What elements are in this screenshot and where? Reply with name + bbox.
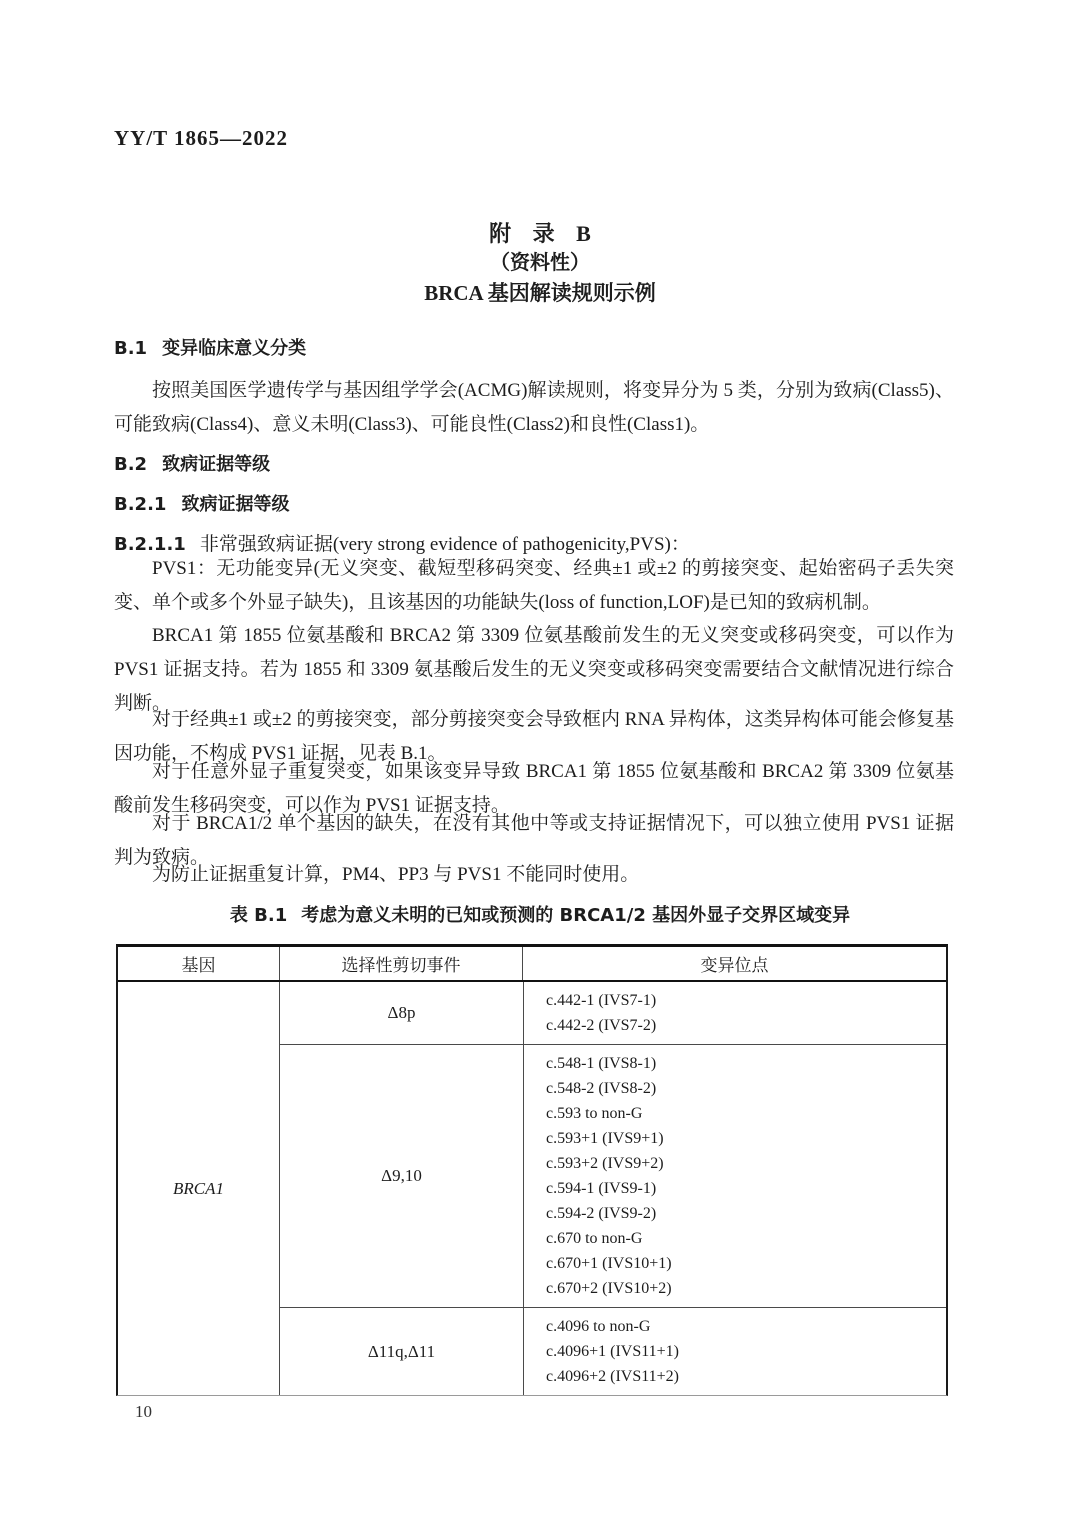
paragraph-pvs1-definition: PVS1：无功能变异(无义突变、截短型移码突变、经典±1 或±2 的剪接突变、起… [114, 552, 954, 620]
heading-b1-number: B.1 [114, 338, 147, 359]
sites-cell: c.4096 to non-G c.4096+1 (IVS11+1) c.409… [524, 1308, 946, 1395]
variant-site: c.442-1 (IVS7-1) [546, 988, 936, 1013]
variant-site: c.594-2 (IVS9-2) [546, 1201, 936, 1226]
appendix-type: （资料性） [0, 249, 1080, 278]
heading-b21: B.2.1 致病证据等级 [114, 490, 289, 516]
variant-site: c.670 to non-G [546, 1226, 936, 1251]
variant-site: c.593 to non-G [546, 1101, 936, 1126]
heading-b21-title: 致病证据等级 [181, 490, 289, 516]
appendix-title-block: 附 录 B （资料性） BRCA 基因解读规则示例 [0, 219, 1080, 308]
sites-cell: c.548-1 (IVS8-1) c.548-2 (IVS8-2) c.593 … [524, 1045, 946, 1307]
heading-b2-number: B.2 [114, 454, 147, 475]
paragraph-b1-intro: 按照美国医学遗传学与基因组学学会(ACMG)解读规则，将变异分为 5 类，分别为… [114, 374, 954, 442]
variant-site: c.442-2 (IVS7-2) [546, 1013, 936, 1038]
heading-b2: B.2 致病证据等级 [114, 450, 270, 476]
table-b1-header-row: 基因 选择性剪切事件 变异位点 [118, 947, 946, 982]
table-row: Δ11q,Δ11 c.4096 to non-G c.4096+1 (IVS11… [280, 1307, 946, 1395]
event-cell: Δ11q,Δ11 [280, 1308, 524, 1395]
event-cell: Δ9,10 [280, 1045, 524, 1307]
table-row: Δ8p c.442-1 (IVS7-1) c.442-2 (IVS7-2) [280, 982, 946, 1044]
appendix-subject: BRCA 基因解读规则示例 [0, 278, 1080, 308]
heading-b1-title: 变异临床意义分类 [162, 334, 306, 360]
variant-site: c.4096+1 (IVS11+1) [546, 1339, 936, 1364]
variant-site: c.4096+2 (IVS11+2) [546, 1364, 936, 1389]
sites-cell: c.442-1 (IVS7-1) c.442-2 (IVS7-2) [524, 982, 946, 1044]
variant-site: c.548-1 (IVS8-1) [546, 1051, 936, 1076]
table-b1-caption-label: 表 B.1 [230, 905, 287, 926]
gene-cell-brca1: BRCA1 [118, 982, 279, 1395]
event-rows: Δ8p c.442-1 (IVS7-1) c.442-2 (IVS7-2) Δ9… [279, 982, 946, 1395]
column-header-splicing-event: 选择性剪切事件 [279, 947, 523, 980]
column-header-variant-site: 变异位点 [523, 947, 946, 980]
standard-number: YY/T 1865—2022 [114, 126, 288, 151]
document-page: YY/T 1865—2022 附 录 B （资料性） BRCA 基因解读规则示例… [0, 0, 1080, 1526]
page-number: 10 [135, 1402, 152, 1422]
paragraph-no-double-counting: 为防止证据重复计算，PM4、PP3 与 PVS1 不能同时使用。 [114, 858, 954, 892]
variant-site: c.593+1 (IVS9+1) [546, 1126, 936, 1151]
table-b1-caption-text: 考虑为意义未明的已知或预测的 BRCA1/2 基因外显子交界区域变异 [301, 905, 850, 926]
variant-site: c.4096 to non-G [546, 1314, 936, 1339]
variant-site: c.548-2 (IVS8-2) [546, 1076, 936, 1101]
event-cell: Δ8p [280, 982, 524, 1044]
table-b1-body: BRCA1 Δ8p c.442-1 (IVS7-1) c.442-2 (IVS7… [118, 982, 946, 1395]
variant-site: c.594-1 (IVS9-1) [546, 1176, 936, 1201]
table-row: Δ9,10 c.548-1 (IVS8-1) c.548-2 (IVS8-2) … [280, 1044, 946, 1307]
heading-b2-title: 致病证据等级 [162, 450, 270, 476]
table-b1-caption: 表 B.1考虑为意义未明的已知或预测的 BRCA1/2 基因外显子交界区域变异 [0, 901, 1080, 927]
table-b1: 基因 选择性剪切事件 变异位点 BRCA1 Δ8p c.442-1 (IVS7-… [116, 944, 948, 1396]
variant-site: c.593+2 (IVS9+2) [546, 1151, 936, 1176]
appendix-title: 附 录 B [0, 219, 1080, 249]
variant-site: c.670+2 (IVS10+2) [546, 1276, 936, 1301]
heading-b1: B.1 变异临床意义分类 [114, 334, 306, 360]
column-header-gene: 基因 [118, 947, 279, 980]
heading-b21-number: B.2.1 [114, 494, 166, 515]
variant-site: c.670+1 (IVS10+1) [546, 1251, 936, 1276]
